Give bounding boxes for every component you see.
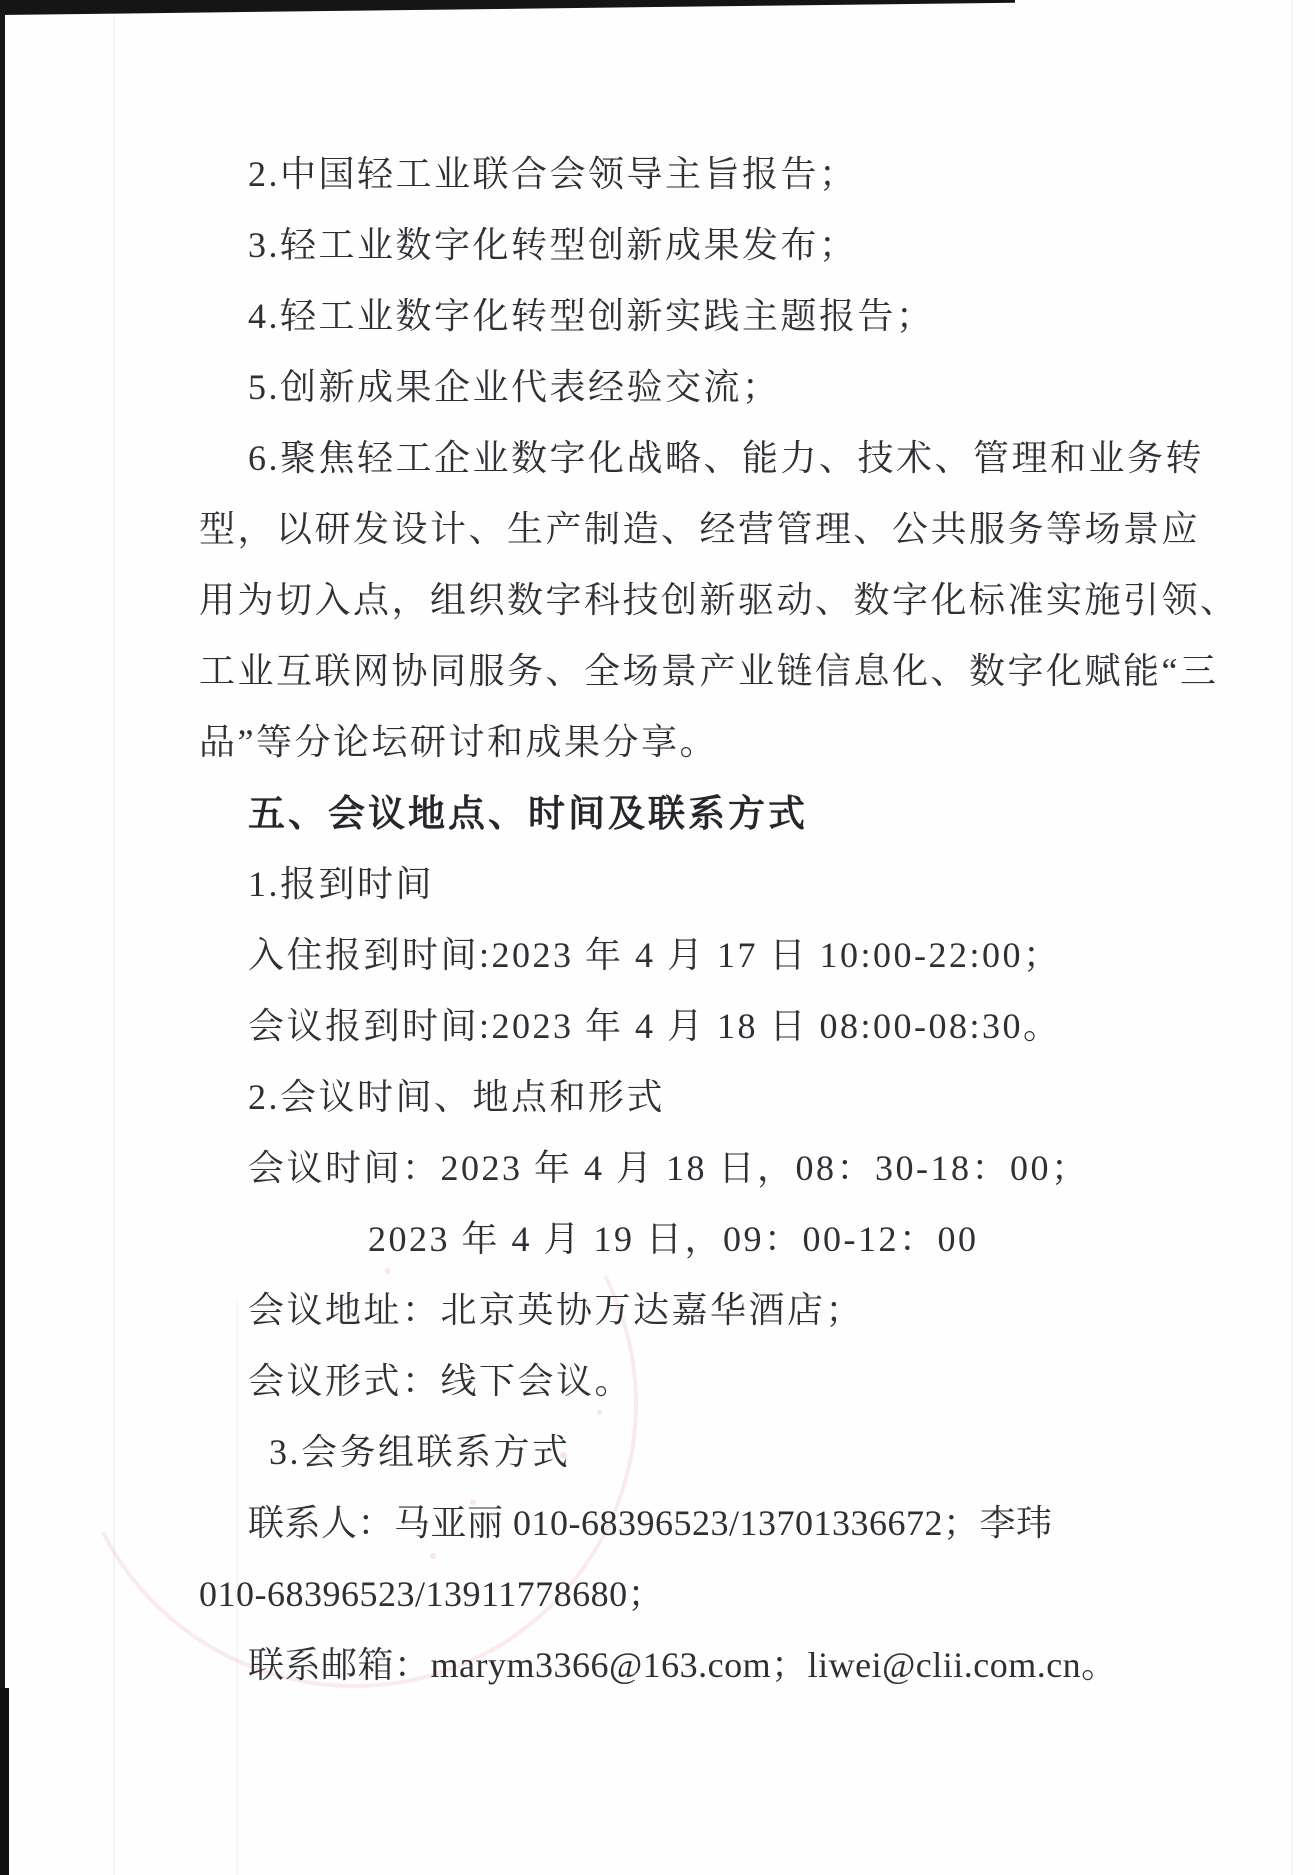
- meeting-time-place-label: 2.会议时间、地点和形式: [199, 1062, 1195, 1133]
- registration-time-label: 1.报到时间: [199, 849, 1195, 920]
- checkin-time: 入住报到时间:2023 年 4 月 17 日 10:00-22:00；: [199, 920, 1195, 991]
- document-body: 2.中国轻工业联合会领导主旨报告； 3.轻工业数字化转型创新成果发布； 4.轻工…: [0, 139, 1315, 1701]
- agenda-item-2: 2.中国轻工业联合会领导主旨报告；: [199, 139, 1195, 210]
- agenda-item-6-line-5: 品”等分论坛研讨和成果分享。: [199, 707, 1195, 778]
- agenda-item-6-line-3: 用为切入点，组织数字科技创新驱动、数字化标准实施引领、: [199, 565, 1195, 636]
- agenda-item-5: 5.创新成果企业代表经验交流；: [199, 352, 1195, 423]
- contact-email: 联系邮箱：marym3366@163.com；liwei@clii.com.cn…: [199, 1630, 1195, 1701]
- contact-person-line-2: 010-68396523/13911778680；: [199, 1559, 1195, 1630]
- scan-edge-top: [0, 0, 1015, 15]
- contact-person-line-1: 联系人：马亚丽 010-68396523/13701336672；李玮: [199, 1488, 1195, 1559]
- scan-edge-left-bottom: [0, 1688, 9, 1875]
- agenda-item-6-line-4: 工业互联网协同服务、全场景产业链信息化、数字化赋能“三: [199, 636, 1195, 707]
- meeting-registration-time: 会议报到时间:2023 年 4 月 18 日 08:00-08:30。: [199, 991, 1195, 1062]
- agenda-item-6-line-2: 型，以研发设计、生产制造、经营管理、公共服务等场景应: [199, 494, 1195, 565]
- meeting-address: 会议地址：北京英协万达嘉华酒店；: [199, 1275, 1195, 1346]
- contact-section-label: 3.会务组联系方式: [199, 1417, 1195, 1488]
- agenda-item-4: 4.轻工业数字化转型创新实践主题报告；: [199, 281, 1195, 352]
- meeting-time-day-2: 2023 年 4 月 19 日，09：00-12：00: [199, 1204, 1195, 1275]
- agenda-item-6-line-1: 6.聚焦轻工企业数字化战略、能力、技术、管理和业务转: [199, 423, 1195, 494]
- agenda-item-3: 3.轻工业数字化转型创新成果发布；: [199, 210, 1195, 281]
- meeting-format: 会议形式：线下会议。: [199, 1346, 1195, 1417]
- scanned-document-page: 2.中国轻工业联合会领导主旨报告； 3.轻工业数字化转型创新成果发布； 4.轻工…: [0, 0, 1315, 1875]
- meeting-time-day-1: 会议时间：2023 年 4 月 18 日，08：30-18：00；: [199, 1133, 1195, 1204]
- section-heading-5: 五、会议地点、时间及联系方式: [199, 778, 1195, 849]
